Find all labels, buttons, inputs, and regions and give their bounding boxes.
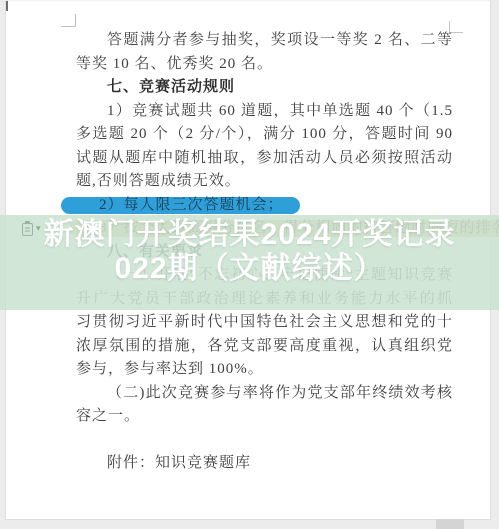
doc-line: 题,否则答题成绩无效。 (76, 170, 453, 194)
doc-line: 多选题 20 个（2 分/个），满分 100 分，答题时间 90 分钟。竞赛 (76, 123, 453, 147)
app-window: { "document": { "lines": [ "答题满分者参与抽奖，奖项… (0, 0, 499, 529)
page-corner-mark (6, 1, 8, 11)
watermark-title-line2: 022期（文献综述） (0, 252, 499, 286)
clipboard-icon (22, 223, 33, 236)
blue-highlight: 2）每人限三次答题机会； (61, 197, 300, 214)
doc-line: 浓厚氛围的措施，各党支部要高度重视，认真组织党员干部积极 (76, 335, 453, 359)
doc-line-blank (76, 429, 453, 453)
doc-line: 参与，参与率达到 100%。 (76, 358, 453, 382)
watermark-title: 新澳门开奖结果2024开奖记录 022期（文献综述） (0, 218, 499, 286)
doc-line: 答题满分者参与抽奖，奖项设一等奖 2 名、二等奖 5 名、三 (76, 29, 453, 53)
chevron-down-icon: ▾ (36, 225, 41, 234)
doc-line: 1）竞赛试题共 60 道题，其中单选题 40 个（1.5 分/个）， (76, 100, 453, 124)
doc-line: 等奖 10 名、优秀奖 20 名。 (76, 53, 453, 77)
watermark-title-line1: 新澳门开奖结果2024开奖记录 (0, 218, 499, 252)
scrollbar-thumb[interactable] (436, 519, 464, 529)
attachment-line: 附件：知识竞赛题库 (76, 452, 453, 476)
doc-line: 习贯彻习近平新时代中国特色社会主义思想和党的十九大精神 (76, 311, 453, 335)
doc-line-highlighted: 2）每人限三次答题机会； (76, 194, 453, 218)
paste-options-button[interactable]: ▾ (22, 223, 41, 236)
doc-line: 试题从题库中随机抽取，参加活动人员必须按照活动流程进行答 (76, 147, 453, 171)
doc-line: 容之一。 (76, 405, 453, 429)
section-heading: 七、竞赛活动规则 (76, 76, 453, 100)
doc-line: （二)此次竞赛参与率将作为党支部年终绩效考核的主要内 (76, 382, 453, 406)
margin-crop-mark-left (61, 14, 76, 27)
